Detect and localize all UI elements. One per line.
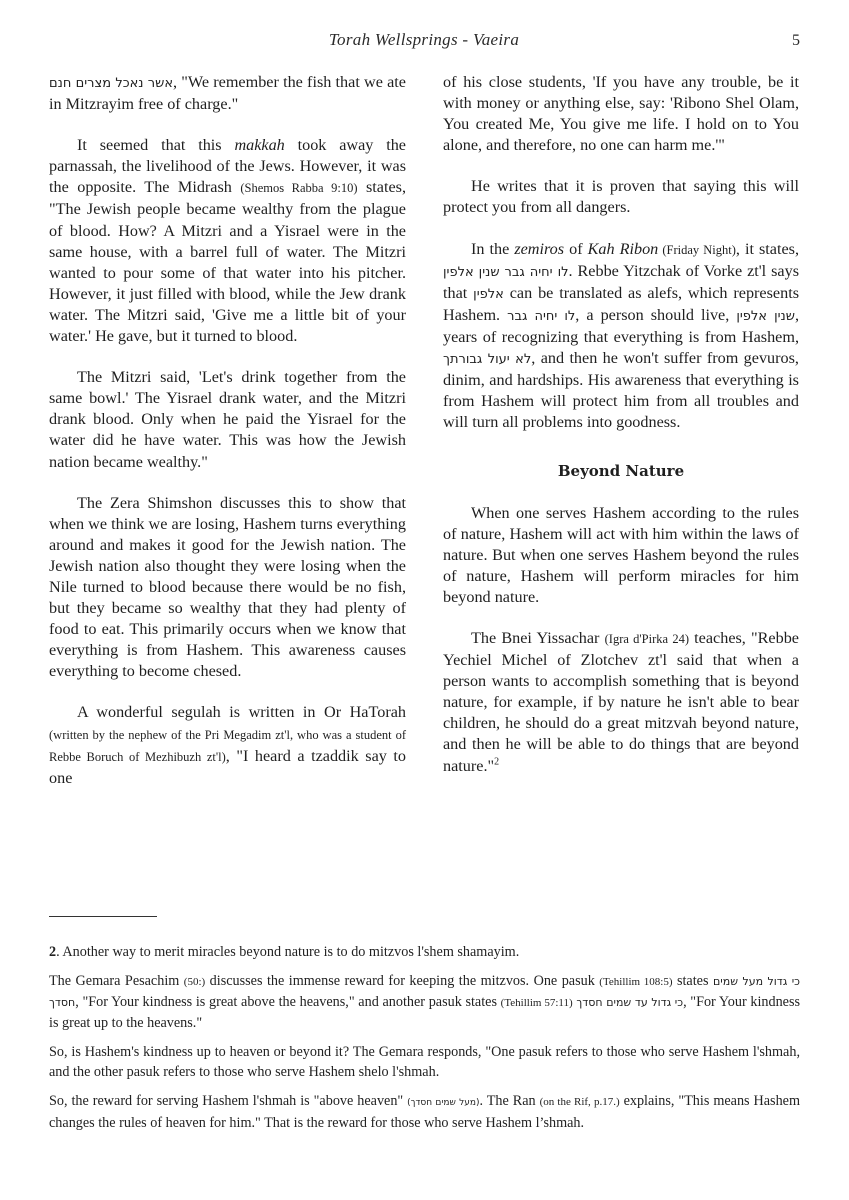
- paragraph: The Mitzri said, 'Let's drink together f…: [49, 367, 406, 472]
- left-column: אשר נאכל מצרים חנם, "We remember the fis…: [49, 72, 406, 809]
- footnote-paragraph: The Gemara Pesachim (50:) discusses the …: [49, 971, 800, 1033]
- italic-term: Kah Ribon: [588, 240, 659, 258]
- footnote-2: 2. Another way to merit miracles beyond …: [49, 942, 800, 962]
- hebrew-quote: לו יחיה גבר שנין אלפין: [443, 265, 569, 280]
- citation: (on the Rif, p.17.): [540, 1096, 620, 1108]
- citation: (50:): [184, 976, 205, 988]
- citation: (Tehillim 57:11): [501, 997, 573, 1009]
- hebrew-quote: אלפין: [473, 287, 504, 302]
- hebrew-quote: לא יעול גבורתך: [443, 352, 531, 367]
- section-heading: Beyond Nature: [443, 461, 799, 482]
- paragraph: of his close students, 'If you have any …: [443, 72, 799, 156]
- italic-term: zemiros: [514, 240, 564, 258]
- running-header: Torah Wellsprings - Vaeira 5: [48, 30, 800, 56]
- citation: (Shemos Rabba 9:10): [240, 181, 357, 195]
- paragraph: A wonderful segulah is written in Or HaT…: [49, 702, 406, 788]
- footnote-paragraph: So, the reward for serving Hashem l'shma…: [49, 1091, 800, 1133]
- hebrew-quote: שנין אלפין: [736, 309, 795, 324]
- footnote-reference[interactable]: 2: [494, 756, 499, 767]
- book-title: Torah Wellsprings - Vaeira: [48, 30, 800, 50]
- paragraph: The Bnei Yissachar (Igra d'Pirka 24) tea…: [443, 628, 799, 777]
- paragraph: He writes that it is proven that saying …: [443, 176, 799, 218]
- paragraph: In the zemiros of Kah Ribon (Friday Nigh…: [443, 239, 799, 434]
- footnote-paragraph: So, is Hashem's kindness up to heaven or…: [49, 1042, 800, 1082]
- footnotes: 2. Another way to merit miracles beyond …: [49, 942, 800, 1142]
- hebrew-quote: כי גדול עד שמים חסדך: [576, 996, 683, 1009]
- citation: (Igra d'Pirka 24): [605, 632, 689, 646]
- footnote-divider: [49, 916, 157, 917]
- hebrew-quote: (מעל שמים חסדך): [407, 1098, 479, 1108]
- paragraph: It seemed that this makkah took away the…: [49, 135, 406, 347]
- citation: (Tehillim 108:5): [599, 976, 672, 988]
- italic-term: makkah: [234, 136, 284, 154]
- paragraph: The Zera Shimshon discusses this to show…: [49, 493, 406, 683]
- right-column: of his close students, 'If you have any …: [443, 72, 799, 797]
- hebrew-quote: לו יחיה גבר: [507, 309, 575, 324]
- paragraph: When one serves Hashem according to the …: [443, 503, 799, 608]
- page-number: 5: [792, 32, 800, 50]
- hebrew-quote: אשר נאכל מצרים חנם: [49, 76, 173, 91]
- citation: (Friday Night): [658, 243, 736, 257]
- paragraph: אשר נאכל מצרים חנם, "We remember the fis…: [49, 72, 406, 115]
